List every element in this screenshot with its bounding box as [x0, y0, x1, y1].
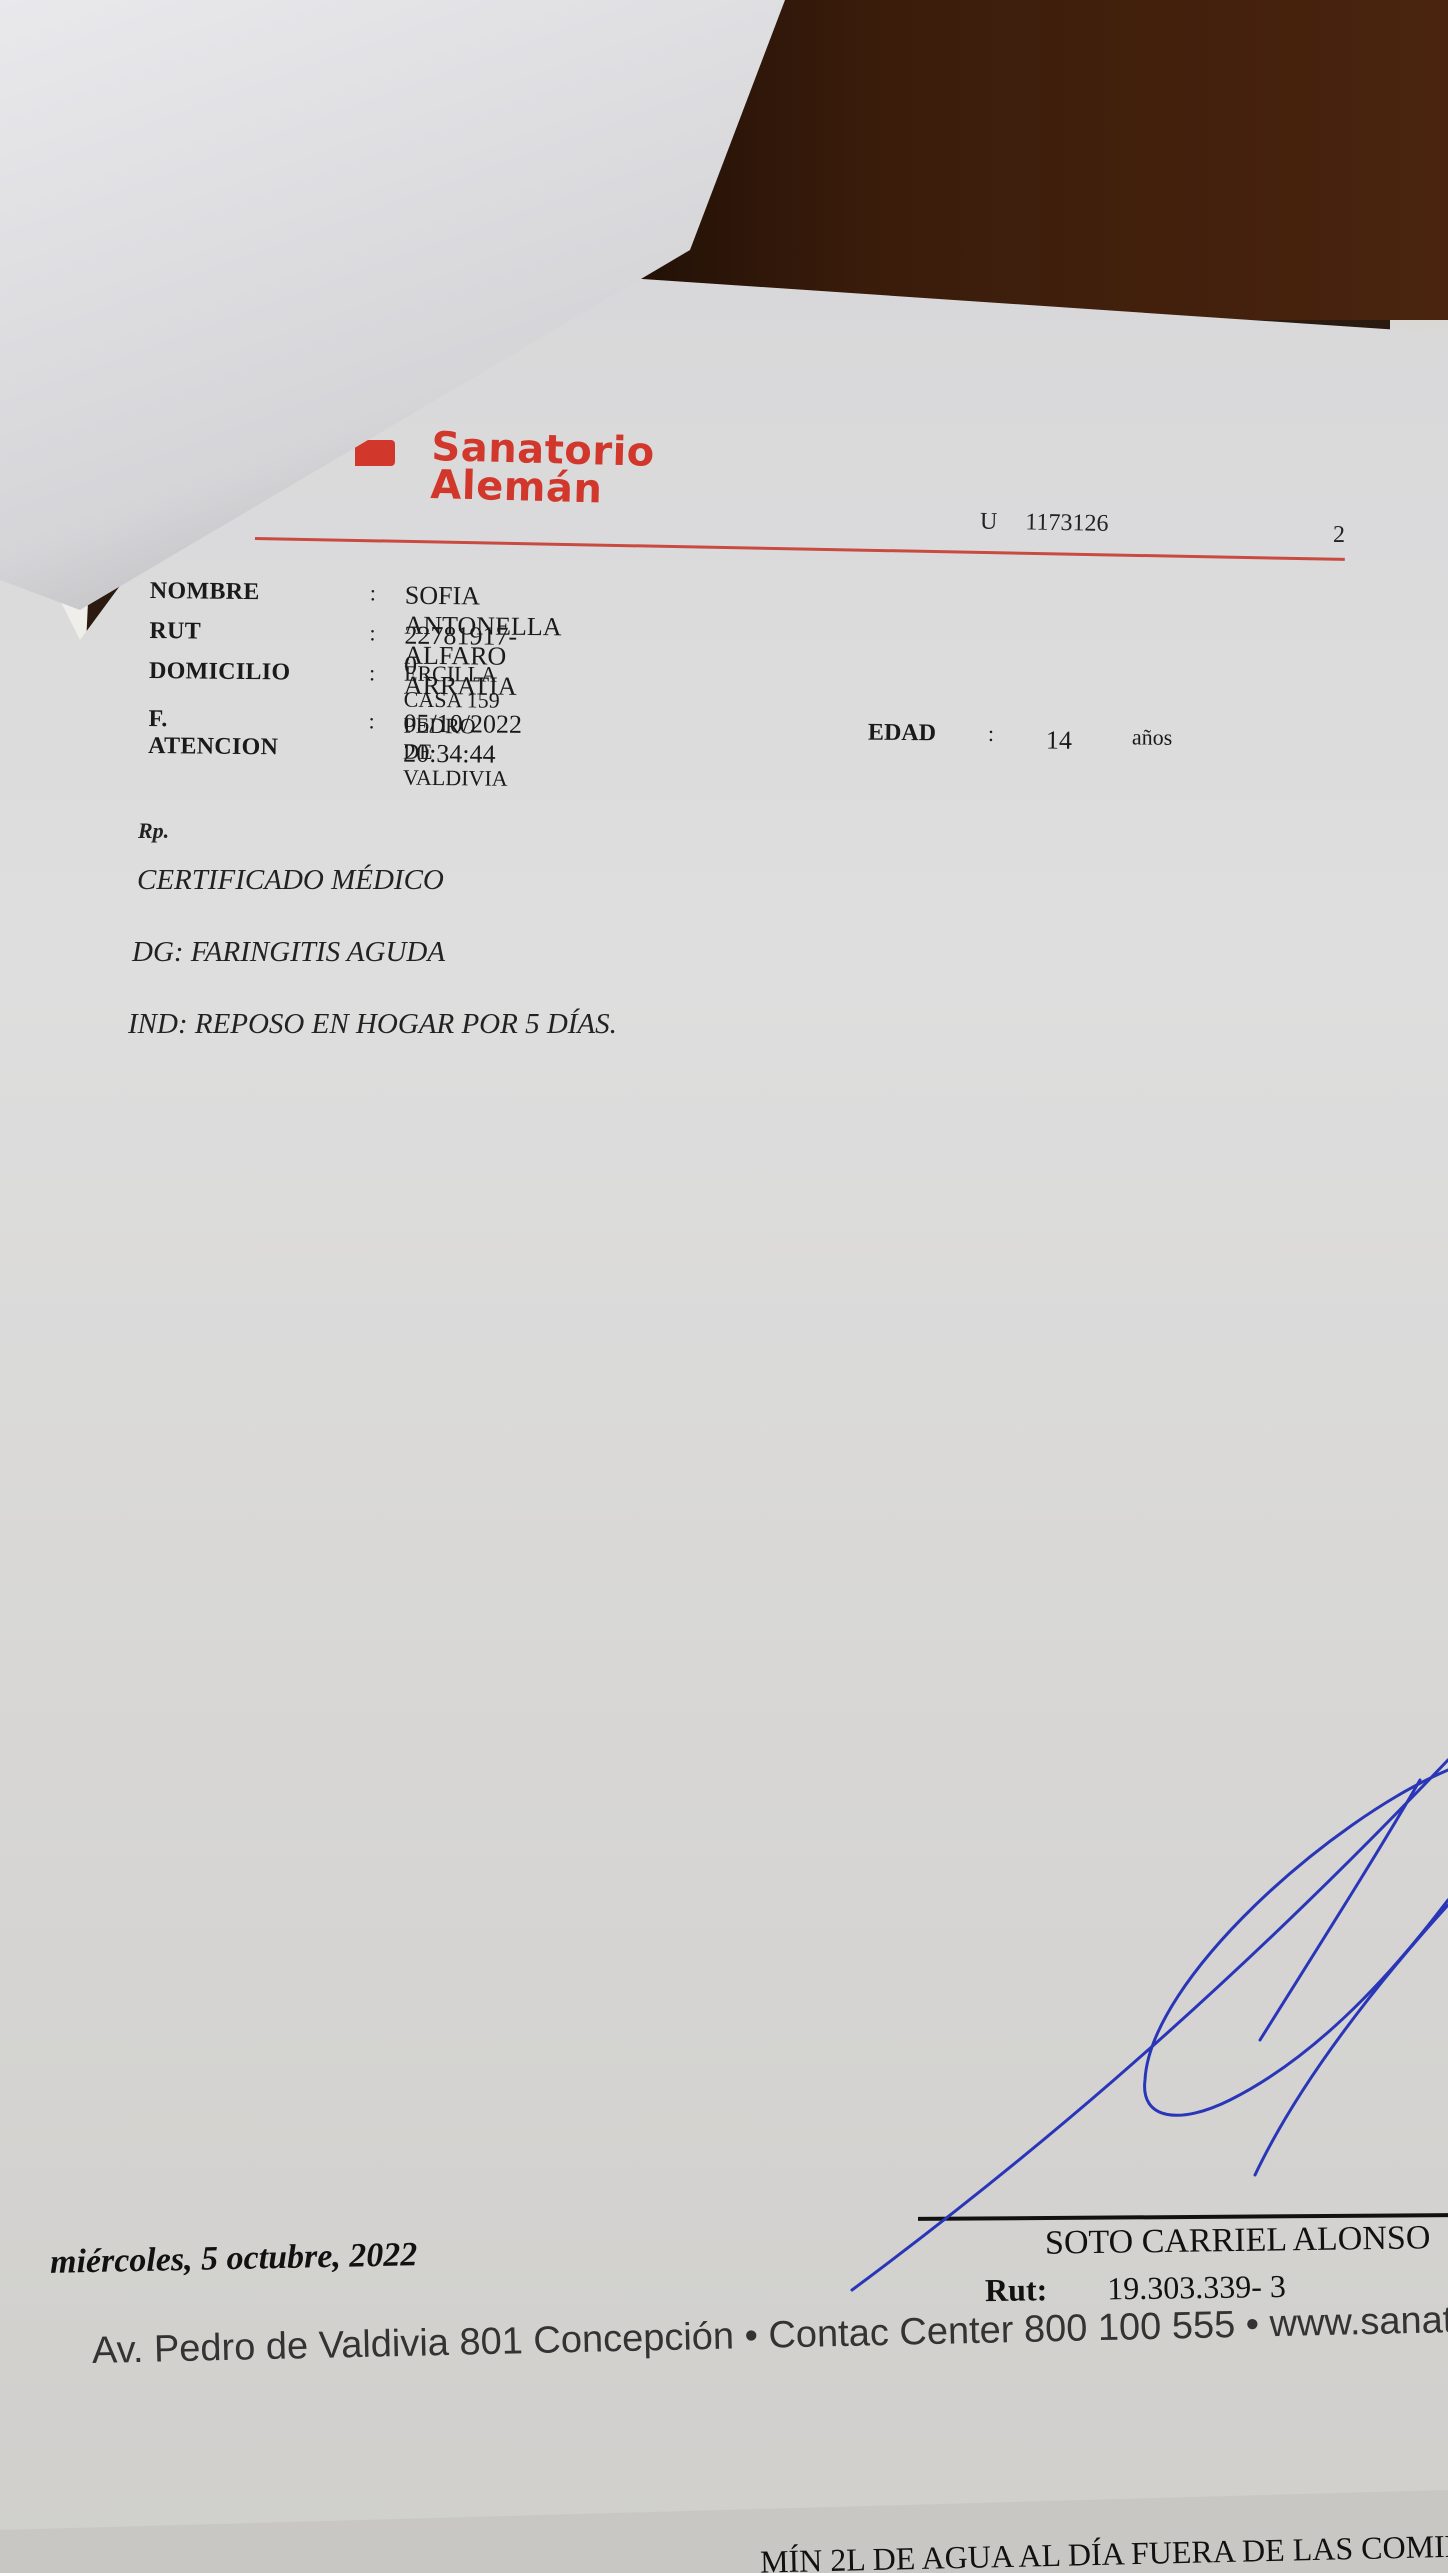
prescription: Rp. CERTIFICADO MÉDICO DG: FARINGITIS AG… — [135, 818, 169, 844]
field-edad: EDAD : 14 años — [868, 720, 936, 748]
doctor-name: SOTO CARRIEL ALONSO — [1045, 2219, 1431, 2262]
field-label: DOMICILIO — [149, 658, 291, 686]
indication: IND: REPOSO EN HOGAR POR 5 DÍAS. — [128, 1008, 617, 1041]
record-prefix: U — [980, 509, 998, 535]
diagnosis: DG: FARINGITIS AGUDA — [132, 936, 445, 969]
rp-label: Rp. — [138, 818, 169, 844]
field-label: F. ATENCION — [148, 706, 279, 761]
rut-label: Rut: — [985, 2271, 1048, 2308]
field-label: RUT — [149, 618, 201, 646]
record-number: U1173126 — [980, 509, 1137, 539]
field-label: NOMBRE — [150, 578, 260, 606]
issue-date: miércoles, 5 octubre, 2022 — [50, 2236, 418, 2282]
record-value: 1173126 — [1025, 509, 1109, 536]
rut-value: 19.303.339- 3 — [1107, 2268, 1286, 2306]
certificate-title: CERTIFICADO MÉDICO — [137, 864, 444, 897]
age-unit: años — [1132, 724, 1173, 750]
field-label: EDAD — [868, 720, 936, 747]
page-number: 2 — [1333, 522, 1345, 549]
age-value: 14 — [1046, 726, 1072, 756]
field-value: 05/10/2022 20:34:44 — [403, 709, 522, 770]
brand-logo: Sanatorio Alemán — [430, 428, 655, 510]
